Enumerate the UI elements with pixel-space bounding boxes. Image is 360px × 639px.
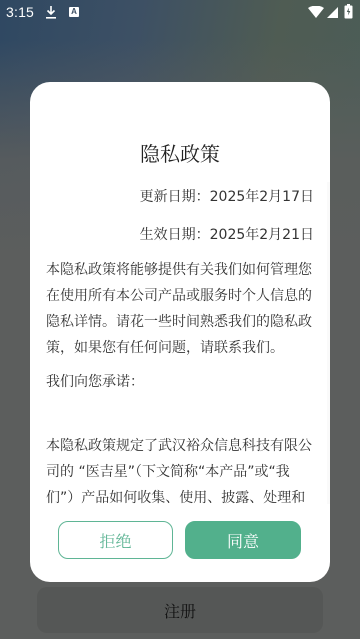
scrollbar[interactable] <box>327 182 330 504</box>
promise-heading-text: 我们向您承诺： <box>46 369 318 395</box>
intro-paragraph: 本隐私政策将能够提供有关我们如何管理您 在使用所有本公司产品或服务时个人信息的 … <box>46 257 318 361</box>
intro-line: 策，如果您有任何问题，请联系我们。 <box>46 335 318 361</box>
policy-scroll-area[interactable]: 更新日期：2025年2月17日 生效日期：2025年2月21日 本隐私政策将能够… <box>30 182 330 504</box>
body-line: 本隐私政策规定了武汉裕众信息科技有限公 <box>46 433 318 459</box>
reject-button[interactable]: 拒绝 <box>58 521 173 559</box>
download-icon <box>45 5 57 19</box>
agree-button[interactable]: 同意 <box>185 521 301 559</box>
body-line: 们”）产品如何收集、使用、披露、处理和 <box>46 485 318 504</box>
promise-heading: 我们向您承诺： <box>46 369 318 395</box>
register-button-label: 注册 <box>164 599 196 622</box>
body-line: 司的 “医吉星”（下文简称“本产品”或“我 <box>46 459 318 485</box>
wifi-icon <box>308 6 324 18</box>
status-bar: 3:15 A <box>0 0 360 26</box>
effective-date: 生效日期：2025年2月21日 <box>140 226 314 244</box>
intro-line: 本隐私政策将能够提供有关我们如何管理您 <box>46 257 318 283</box>
a-notification-icon: A <box>69 7 79 17</box>
privacy-policy-dialog: 隐私政策 更新日期：2025年2月17日 生效日期：2025年2月21日 本隐私… <box>30 82 330 582</box>
reject-button-label: 拒绝 <box>99 529 131 552</box>
updated-date: 更新日期：2025年2月17日 <box>140 188 314 206</box>
intro-line: 在使用所有本公司产品或服务时个人信息的 <box>46 283 318 309</box>
dialog-title: 隐私政策 <box>30 142 330 166</box>
dialog-button-row: 拒绝 同意 <box>58 521 302 561</box>
intro-line: 隐私详情。请花一些时间熟悉我们的隐私政 <box>46 309 318 335</box>
agree-button-label: 同意 <box>227 529 259 552</box>
register-button[interactable]: 注册 <box>37 587 323 633</box>
battery-charging-icon <box>344 4 353 19</box>
policy-body-paragraph: 本隐私政策规定了武汉裕众信息科技有限公 司的 “医吉星”（下文简称“本产品”或“… <box>46 433 318 504</box>
status-time: 3:15 <box>6 4 34 20</box>
signal-icon <box>327 7 338 18</box>
